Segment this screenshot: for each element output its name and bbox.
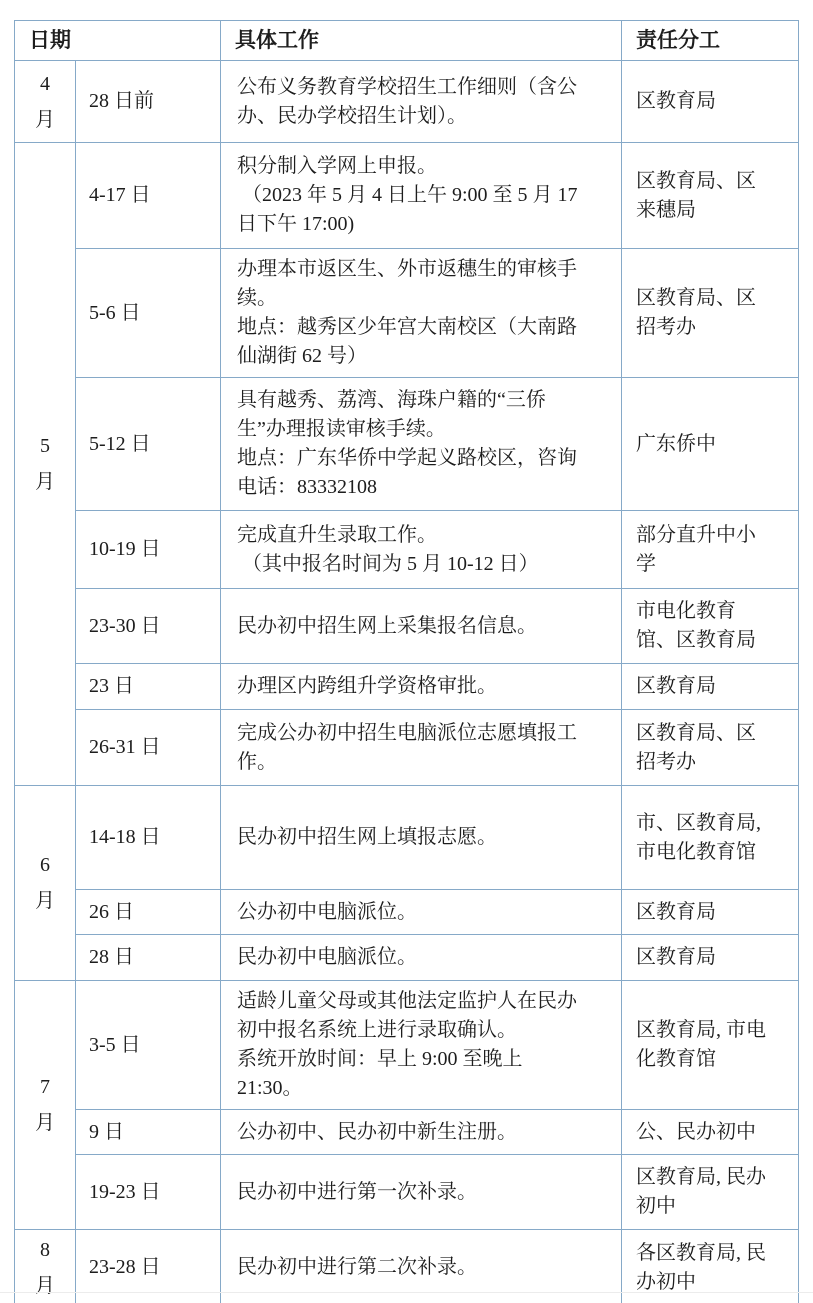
date-cell: 23-30 日 <box>76 589 221 664</box>
date-cell: 14-18 日 <box>76 786 221 890</box>
page-bottom-divider <box>0 1292 813 1293</box>
responsibility-cell: 区教育局, 市电化教育馆 <box>622 981 799 1110</box>
table-row: 5 月 4-17 日 积分制入学网上申报。 （2023 年 5 月 4 日上午 … <box>15 143 799 249</box>
date-cell: 26-31 日 <box>76 710 221 786</box>
table-row: 7 月 3-5 日 适龄儿童父母或其他法定监护人在民办初中报名系统上进行录取确认… <box>15 981 799 1110</box>
header-responsibility: 责任分工 <box>622 21 799 61</box>
responsibility-cell: 区教育局, 民办初中 <box>622 1155 799 1230</box>
date-cell: 23 日 <box>76 664 221 710</box>
work-cell: 公办初中电脑派位。 <box>221 890 622 935</box>
responsibility-cell: 广东侨中 <box>622 378 799 511</box>
date-cell: 3-5 日 <box>76 981 221 1110</box>
date-cell: 9 日 <box>76 1110 221 1155</box>
month-cell-june: 6 月 <box>15 786 76 981</box>
table-row: 9 日 公办初中、民办初中新生注册。 公、民办初中 <box>15 1110 799 1155</box>
table-row: 4 月 28 日前 公布义务教育学校招生工作细则（含公办、民办学校招生计划）。 … <box>15 61 799 143</box>
table-row: 23 日 办理区内跨组升学资格审批。 区教育局 <box>15 664 799 710</box>
responsibility-cell: 区教育局、区招考办 <box>622 710 799 786</box>
responsibility-cell: 区教育局 <box>622 664 799 710</box>
work-cell: 公办初中、民办初中新生注册。 <box>221 1110 622 1155</box>
work-cell: 民办初中招生网上采集报名信息。 <box>221 589 622 664</box>
work-cell: 公布义务教育学校招生工作细则（含公办、民办学校招生计划）。 <box>221 61 622 143</box>
work-cell: 办理本市返区生、外市返穗生的审核手续。 地点：越秀区少年宫大南校区（大南路仙湖街… <box>221 249 622 378</box>
work-cell: 适龄儿童父母或其他法定监护人在民办初中报名系统上进行录取确认。 系统开放时间：早… <box>221 981 622 1110</box>
date-cell: 28 日前 <box>76 61 221 143</box>
table-row: 19-23 日 民办初中进行第一次补录。 区教育局, 民办初中 <box>15 1155 799 1230</box>
table-row: 10-19 日 完成直升生录取工作。 （其中报名时间为 5 月 10-12 日）… <box>15 511 799 589</box>
work-cell: 民办初中电脑派位。 <box>221 935 622 981</box>
date-cell: 26 日 <box>76 890 221 935</box>
header-work: 具体工作 <box>221 21 622 61</box>
work-cell: 完成直升生录取工作。 （其中报名时间为 5 月 10-12 日） <box>221 511 622 589</box>
work-cell: 完成公办初中招生电脑派位志愿填报工作。 <box>221 710 622 786</box>
enrollment-schedule-table: 日期 具体工作 责任分工 4 月 28 日前 公布义务教育学校招生工作细则（含公… <box>14 20 799 1303</box>
date-cell: 5-12 日 <box>76 378 221 511</box>
month-cell-april: 4 月 <box>15 61 76 143</box>
work-cell: 民办初中招生网上填报志愿。 <box>221 786 622 890</box>
table-row: 23-30 日 民办初中招生网上采集报名信息。 市电化教育馆、区教育局 <box>15 589 799 664</box>
month-cell-july: 7 月 <box>15 981 76 1230</box>
responsibility-cell: 市电化教育馆、区教育局 <box>622 589 799 664</box>
date-cell: 28 日 <box>76 935 221 981</box>
responsibility-cell: 部分直升中小学 <box>622 511 799 589</box>
date-cell: 19-23 日 <box>76 1155 221 1230</box>
responsibility-cell: 公、民办初中 <box>622 1110 799 1155</box>
header-date: 日期 <box>15 21 221 61</box>
work-cell: 积分制入学网上申报。 （2023 年 5 月 4 日上午 9:00 至 5 月 … <box>221 143 622 249</box>
responsibility-cell: 区教育局 <box>622 935 799 981</box>
work-cell: 具有越秀、荔湾、海珠户籍的“三侨生”办理报读审核手续。 地点：广东华侨中学起义路… <box>221 378 622 511</box>
header-row: 日期 具体工作 责任分工 <box>15 21 799 61</box>
responsibility-cell: 区教育局、区来穗局 <box>622 143 799 249</box>
table-row: 28 日 民办初中电脑派位。 区教育局 <box>15 935 799 981</box>
month-cell-may: 5 月 <box>15 143 76 786</box>
work-cell: 办理区内跨组升学资格审批。 <box>221 664 622 710</box>
work-cell: 民办初中进行第一次补录。 <box>221 1155 622 1230</box>
responsibility-cell: 区教育局 <box>622 61 799 143</box>
table-row: 5-12 日 具有越秀、荔湾、海珠户籍的“三侨生”办理报读审核手续。 地点：广东… <box>15 378 799 511</box>
date-cell: 4-17 日 <box>76 143 221 249</box>
responsibility-cell: 区教育局 <box>622 890 799 935</box>
responsibility-cell: 区教育局、区招考办 <box>622 249 799 378</box>
date-cell: 5-6 日 <box>76 249 221 378</box>
date-cell: 10-19 日 <box>76 511 221 589</box>
responsibility-cell: 市、区教育局, 市电化教育馆 <box>622 786 799 890</box>
table-row: 5-6 日 办理本市返区生、外市返穗生的审核手续。 地点：越秀区少年宫大南校区（… <box>15 249 799 378</box>
table-row: 26 日 公办初中电脑派位。 区教育局 <box>15 890 799 935</box>
table-row: 6 月 14-18 日 民办初中招生网上填报志愿。 市、区教育局, 市电化教育馆 <box>15 786 799 890</box>
table-row: 26-31 日 完成公办初中招生电脑派位志愿填报工作。 区教育局、区招考办 <box>15 710 799 786</box>
